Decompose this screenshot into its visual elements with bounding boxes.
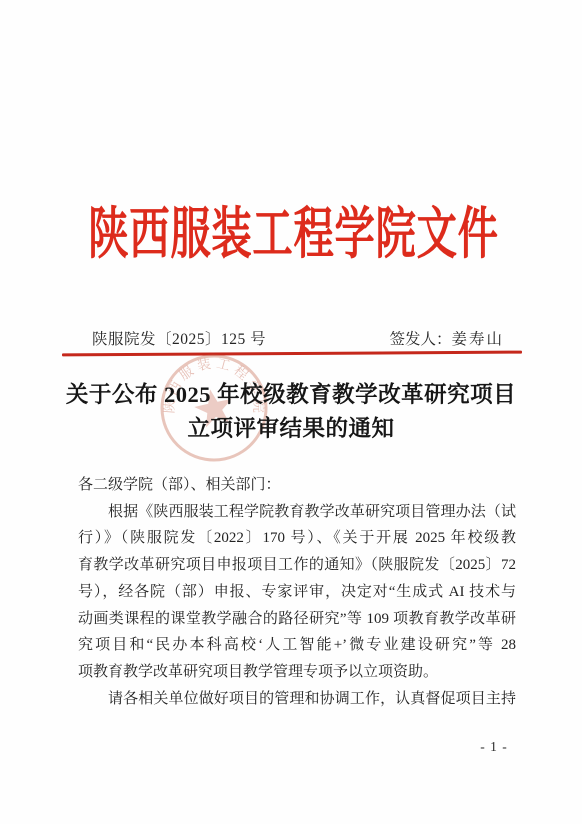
body-line: 行）》（陕服院发〔2022〕170 号）、《关于开展 2025 年校级教 bbox=[78, 525, 516, 552]
notice-title-line2: 立项评审结果的通知 bbox=[0, 412, 582, 446]
body-line: 请各相关单位做好项目的管理和协调工作，认真督促项目主持 bbox=[78, 686, 516, 713]
page-number: - 1 - bbox=[466, 739, 522, 755]
body-line: 项教育教学改革研究项目教学管理专项予以立项资助。 bbox=[78, 659, 516, 686]
red-separator-line bbox=[62, 351, 522, 356]
notice-title-line1: 关于公布 2025 年校级教育教学改革研究项目 bbox=[0, 378, 582, 412]
body-text: 各二级学院（部）、相关部门：根据《陕西服装工程学院教育教学改革研究项目管理办法（… bbox=[78, 472, 516, 712]
org-header-title: 陕西服装工程学院文件 bbox=[84, 203, 503, 267]
notice-title: 关于公布 2025 年校级教育教学改革研究项目 立项评审结果的通知 bbox=[0, 378, 582, 446]
doc-meta-row: 陕服院发〔2025〕125 号 签发人：姜寿山 bbox=[92, 330, 504, 350]
issuer: 签发人：姜寿山 bbox=[389, 330, 504, 350]
body-line: 动画类课程的课堂教学融合的路径研究”等 109 项教育教学改革研 bbox=[78, 606, 516, 633]
issuer-name: 姜寿山 bbox=[451, 331, 504, 348]
doc-number: 陕服院发〔2025〕125 号 bbox=[92, 330, 266, 350]
body-line: 究项目和“民办本科高校‘人工智能+’微专业建设研究”等 28 bbox=[78, 632, 516, 659]
issuer-label: 签发人： bbox=[389, 331, 451, 348]
body-line: 各二级学院（部）、相关部门： bbox=[78, 472, 516, 499]
body-line: 号），经各院（部）申报、专家评审，决定对“生成式 AI 技术与 bbox=[78, 579, 516, 606]
body-line: 育教学改革研究项目申报项目工作的通知》（陕服院发〔2025〕72 bbox=[78, 552, 516, 579]
body-line: 根据《陕西服装工程学院教育教学改革研究项目管理办法（试 bbox=[78, 499, 516, 526]
document-page: 陕西服装工程学院文件 陕服院发〔2025〕125 号 签发人：姜寿山 陕西服装工… bbox=[0, 0, 582, 824]
